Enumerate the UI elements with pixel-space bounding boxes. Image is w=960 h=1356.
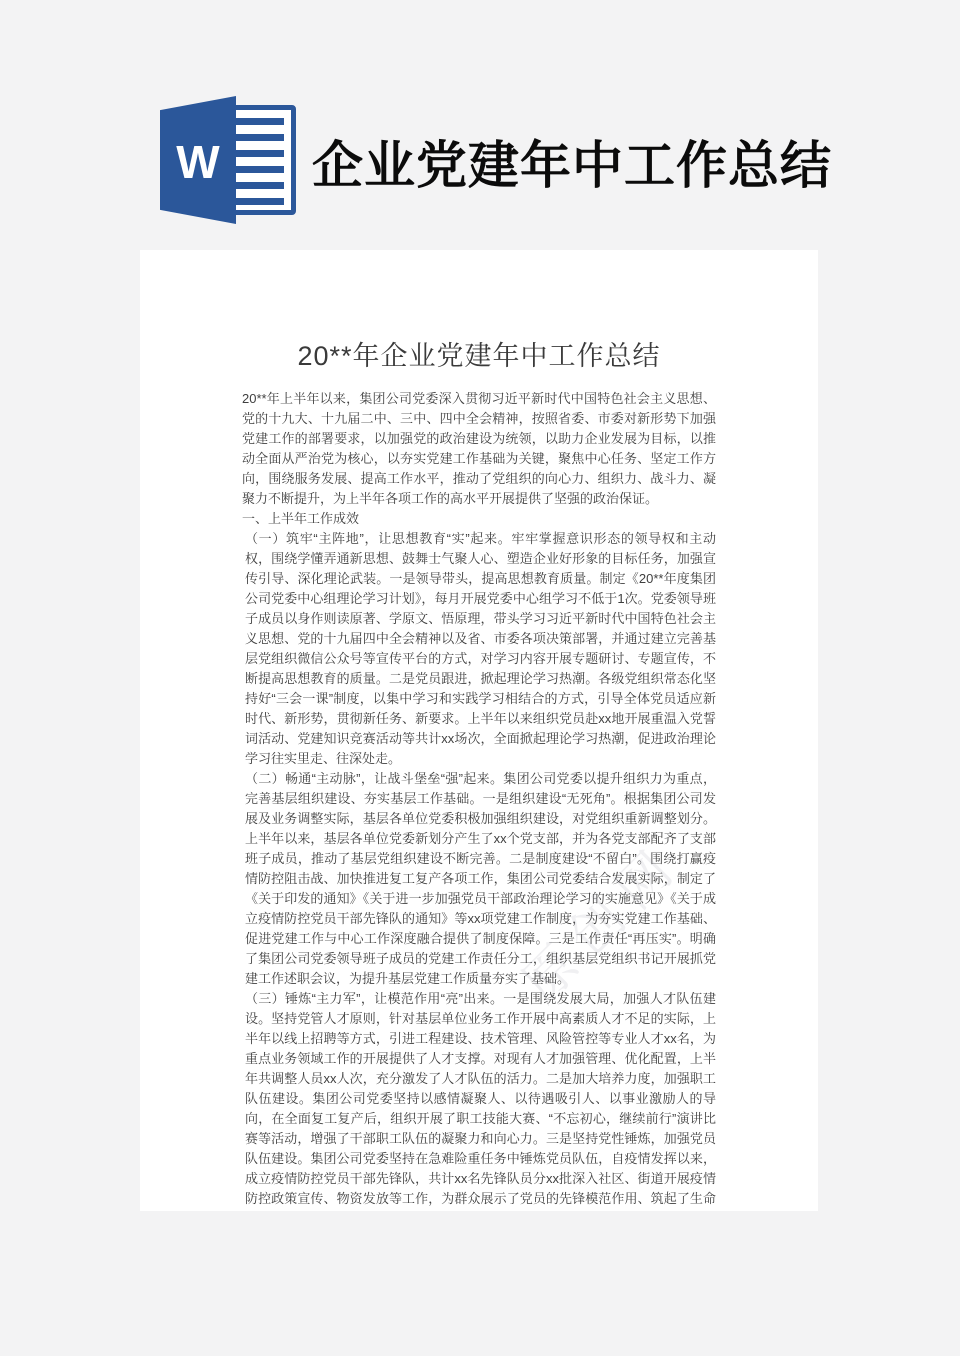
document-paragraph-2: （二）畅通“主动脉”，让战斗堡垒“强”起来。集团公司党委以提升组织力为重点，完善… <box>242 769 716 989</box>
word-icon-line <box>234 134 284 141</box>
document-paragraph-3: （三）锤炼“主力军”，让模范作用“亮”出来。一是围绕发展大局，加强人才队伍建设。… <box>242 989 716 1211</box>
word-icon-line <box>234 118 284 125</box>
word-icon-line <box>234 182 284 189</box>
document-page: 原创网 20**年企业党建年中工作总结 20**年上半年以来，集团公司党委深入贯… <box>140 250 818 1211</box>
word-icon-letter: W <box>176 139 219 185</box>
word-icon: W <box>160 96 298 224</box>
word-icon-line <box>234 198 284 205</box>
word-icon-line <box>234 166 284 173</box>
word-icon-flap: W <box>160 96 236 224</box>
document-title: 20**年企业党建年中工作总结 <box>140 334 818 373</box>
document-paragraph-1: （一）筑牢“主阵地”，让思想教育“实”起来。牢牢掌握意识形态的领导权和主动权，围… <box>242 529 716 769</box>
word-icon-line <box>234 150 284 157</box>
document-body: 20**年上半年以来，集团公司党委深入贯彻习近平新时代中国特色社会主义思想、党的… <box>242 389 716 1211</box>
intro-paragraph: 20**年上半年以来，集团公司党委深入贯彻习近平新时代中国特色社会主义思想、党的… <box>242 389 716 509</box>
template-header: W 企业党建年中工作总结 <box>0 0 960 250</box>
template-title: 企业党建年中工作总结 <box>312 124 912 198</box>
section-heading: 一、上半年工作成效 <box>242 509 716 529</box>
